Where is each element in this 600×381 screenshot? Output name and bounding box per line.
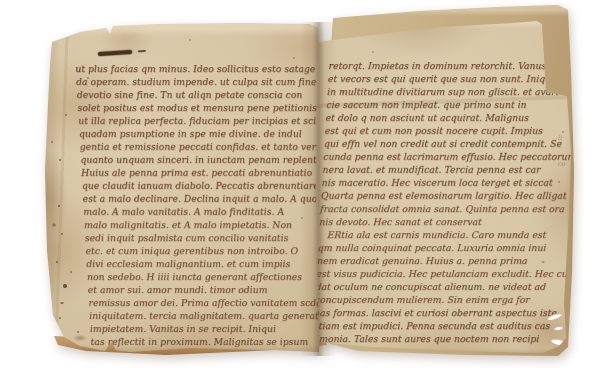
manuscript-page-right: retorqt. Impietas in dominum retorchit. … (313, 12, 581, 360)
manuscript-text-line: Quarta penna est elemosinarum largitio. … (321, 190, 554, 203)
manuscript-text-line: nera lavat. et mundificat. Tercia penna … (322, 164, 555, 177)
manuscript-text-line: est a malo declinare. Declina inquit a m… (82, 193, 329, 206)
manuscript-text-line: est visus pudicicia. Hec petulanciam exc… (316, 268, 549, 281)
manuscript-text-line: malo. A malo vanitatis. A malo finditati… (83, 206, 330, 219)
manuscript-text-line: nis devoto. Hec sanat et conservat (319, 216, 552, 229)
manuscript-text-line: cie saccum non impleat. que primo sunt i… (326, 99, 559, 112)
manuscript-text-line: solet positus est modus et mensura pene … (77, 102, 324, 115)
manuscript-text-line: quanto unquam sinceri. in iunctam penam … (80, 154, 327, 167)
manuscript-text-line: quadam psumptione in spe mie divine. de … (79, 128, 326, 141)
left-page-text: ut plus facias qm minus. Ideo sollicitus… (75, 63, 337, 349)
manuscript-text-line: ut plus facias qm minus. Ideo sollicitus… (75, 63, 322, 76)
manuscript-text-line: remissus amor dei. Prima affectio vanita… (88, 297, 335, 310)
manuscript-text-line: et amor sui. amor mundi. timor odium (87, 284, 334, 297)
manuscript-text-line: etc. et cum iniqua gerentibus non introi… (85, 245, 332, 258)
manuscript-text-line: devotio sine fine. Tn ut aliqn petate co… (76, 89, 323, 102)
manuscript-text-line: ERtia ala est carnis mundicia. Caro mund… (318, 229, 551, 242)
manuscript-text-line: nem eradicat genuina. Huius a. penna pri… (317, 255, 550, 268)
manuscript-text-line: et dolo q non asciunt ut acquirat. Malig… (325, 112, 558, 125)
manuscript-text-line: Huius ale penna prima est. peccati abren… (81, 167, 328, 180)
manuscript-text-line: nas formas. lascivi et curiosi oberrant … (314, 307, 547, 320)
manuscript-text-line: non sedebo. H iiii iuncta generant affec… (87, 271, 334, 284)
manuscript-text-line: ut illa replica perfecta. fiduciam per i… (78, 115, 325, 128)
manuscript-text-line: timonia. Tales sunt aures que noctem non… (312, 333, 545, 346)
manuscript-text-line: divi ecclesiam malignantium. et cum impi… (86, 258, 333, 271)
left-margin-paragraph-dots (58, 205, 60, 207)
worm-hole-tear (554, 325, 563, 330)
ink-smudge (98, 50, 132, 56)
manuscript-text-line: gentia et remissione peccati confidas. e… (79, 141, 326, 154)
manuscript-text-line: et vecors est qui querit que sua non sun… (327, 73, 560, 86)
manuscript-text-line: etiam est impudici. Penna secunda est au… (313, 320, 546, 333)
right-page-text: retorqt. Impietas in dominum retorchit. … (312, 60, 561, 346)
manuscript-text-line: impietatem. Vanitas in se recipit. Iniqu… (90, 323, 337, 336)
manuscript-text-line: qui effn vel non credit aut si credit co… (324, 138, 557, 151)
manuscript-text-line: ii (558, 134, 566, 142)
manuscript-text-line: concupiscendum mulierem. Sin enim erga f… (314, 294, 547, 307)
manuscript-text-line: fracta consolidat omnia sanat. Quinta pe… (320, 203, 553, 216)
manuscript-text-line: da operam. studium impende. ut culpa sit… (76, 76, 323, 89)
manuscript-text-line: cunda penna est lacrimarum effusio. Hec … (323, 151, 556, 164)
manuscript-text-line: in multitudine divitiarum sup non glisci… (327, 86, 560, 99)
manuscript-text-line: malo malignitatis. et A malo impietatis.… (84, 219, 331, 232)
manuscript-photo: ut plus facias qm minus. Ideo sollicitus… (0, 0, 600, 381)
manuscript-page-left: ut plus facias qm minus. Ideo sollicitus… (40, 20, 326, 358)
manuscript-text-line: retorqt. Impietas in dominum retorchit. … (328, 60, 561, 73)
manuscript-text-line: sedi inquit psalmista cum concilio vanit… (84, 232, 331, 245)
manuscript-text-line: dat oculum ne concupiscat alienum. ne vi… (315, 281, 548, 294)
photo-stage: ut plus facias qm minus. Ideo sollicitus… (0, 0, 600, 381)
manuscript-text-line: iniquitatem. tercia malignitatem. quarta… (89, 310, 336, 323)
manuscript-text-line: est qui et cum non possit nocere cupit. … (324, 125, 557, 138)
manuscript-text-line: tas reflectit in proximum. Malignitas se… (90, 336, 337, 349)
manuscript-text-line: nis maceratio. Hec viscerum loca terget … (321, 177, 554, 190)
manuscript-text-line: que claudit ianuam diabolo. Peccatis abr… (82, 180, 329, 193)
manuscript-text-line: co (558, 160, 566, 168)
manuscript-text-line: qm nulla coinquinat peccata. Luxuria omn… (317, 242, 550, 255)
